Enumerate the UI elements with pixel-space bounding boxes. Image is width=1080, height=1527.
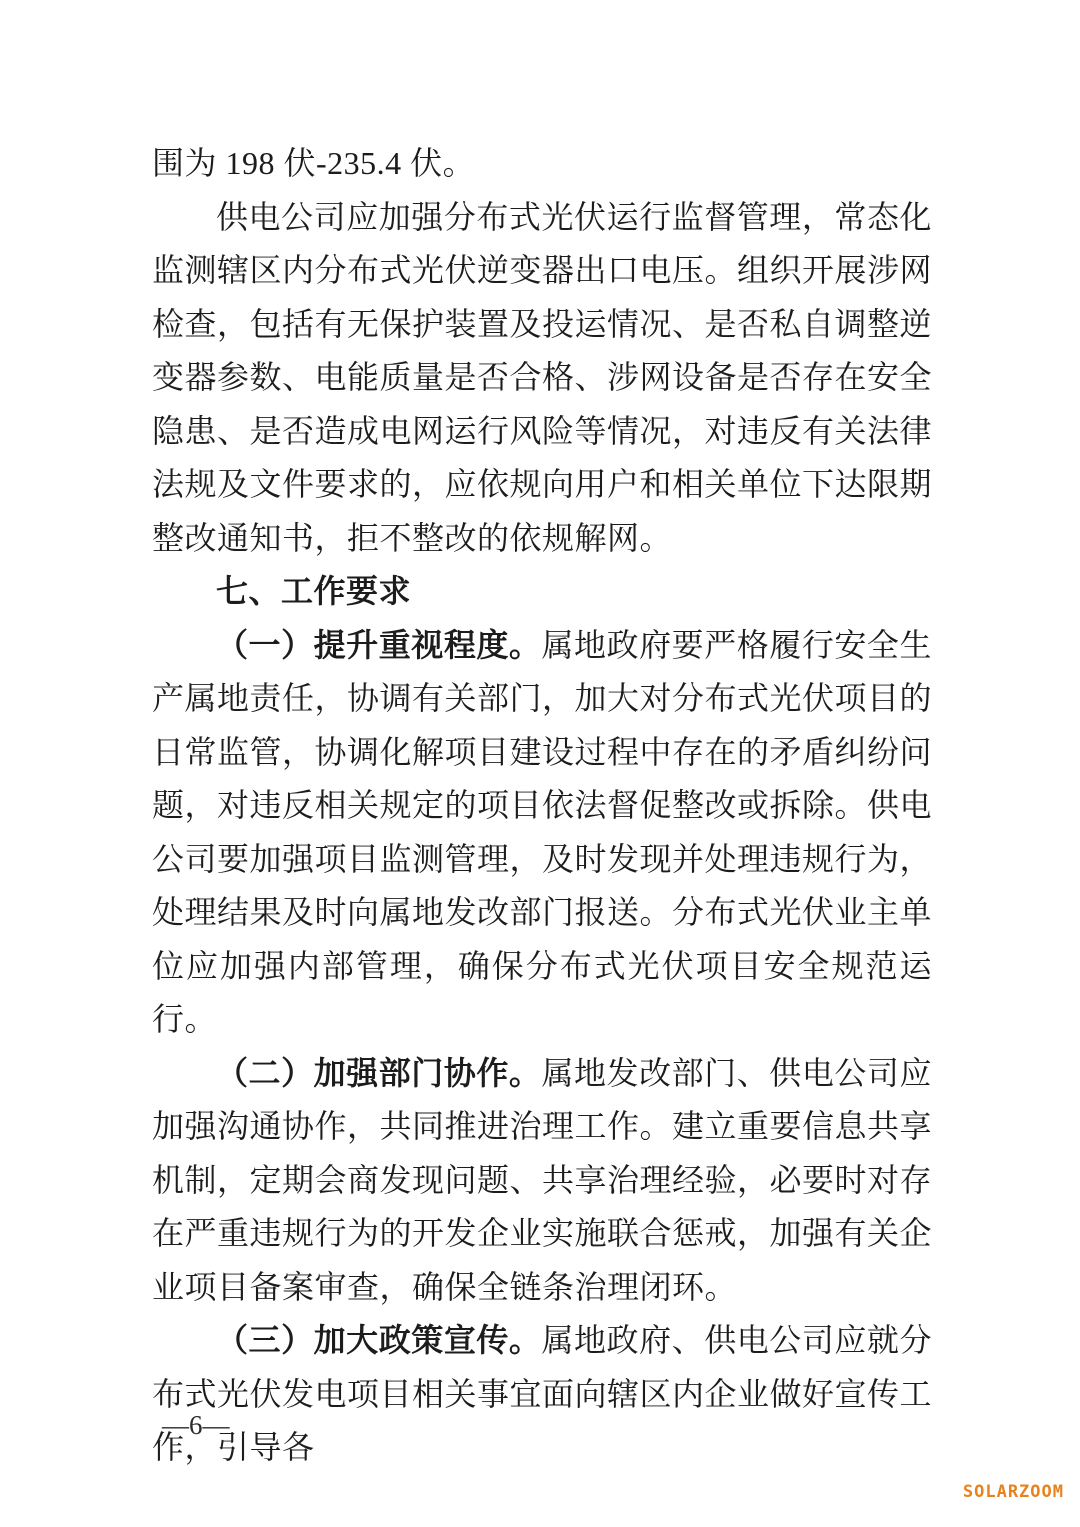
item-1-body: 属地政府要严格履行安全生产属地责任，协调有关部门，加大对分布式光伏项目的日常监管… xyxy=(152,627,932,1038)
paragraph-item-3: （三）加大政策宣传。属地政府、供电公司应就分布式光伏发电项目相关事宜面向辖区内企… xyxy=(152,1314,932,1475)
page-number: —6— xyxy=(162,1410,230,1440)
paragraph-item-2: （二）加强部门协作。属地发改部门、供电公司应加强沟通协作，共同推进治理工作。建立… xyxy=(152,1047,932,1315)
section-heading: 七、工作要求 xyxy=(152,565,932,619)
paragraph-supervision: 供电公司应加强分布式光伏运行监督管理，常态化监测辖区内分布式光伏逆变器出口电压。… xyxy=(152,191,932,566)
paragraph-voltage-range: 围为 198 伏-235.4 伏。 xyxy=(152,137,932,191)
solarzoom-watermark: SOLARZOOM xyxy=(963,1482,1064,1502)
item-2-body: 属地发改部门、供电公司应加强沟通协作，共同推进治理工作。建立重要信息共享机制，定… xyxy=(152,1055,932,1305)
document-body: 围为 198 伏-235.4 伏。 供电公司应加强分布式光伏运行监督管理，常态化… xyxy=(152,137,932,1475)
document-page: 围为 198 伏-235.4 伏。 供电公司应加强分布式光伏运行监督管理，常态化… xyxy=(0,0,1080,1527)
item-1-lead: （一）提升重视程度。 xyxy=(216,627,541,663)
paragraph-item-1: （一）提升重视程度。属地政府要严格履行安全生产属地责任，协调有关部门，加大对分布… xyxy=(152,619,932,1047)
item-2-lead: （二）加强部门协作。 xyxy=(216,1055,541,1091)
item-3-lead: （三）加大政策宣传。 xyxy=(216,1322,541,1358)
